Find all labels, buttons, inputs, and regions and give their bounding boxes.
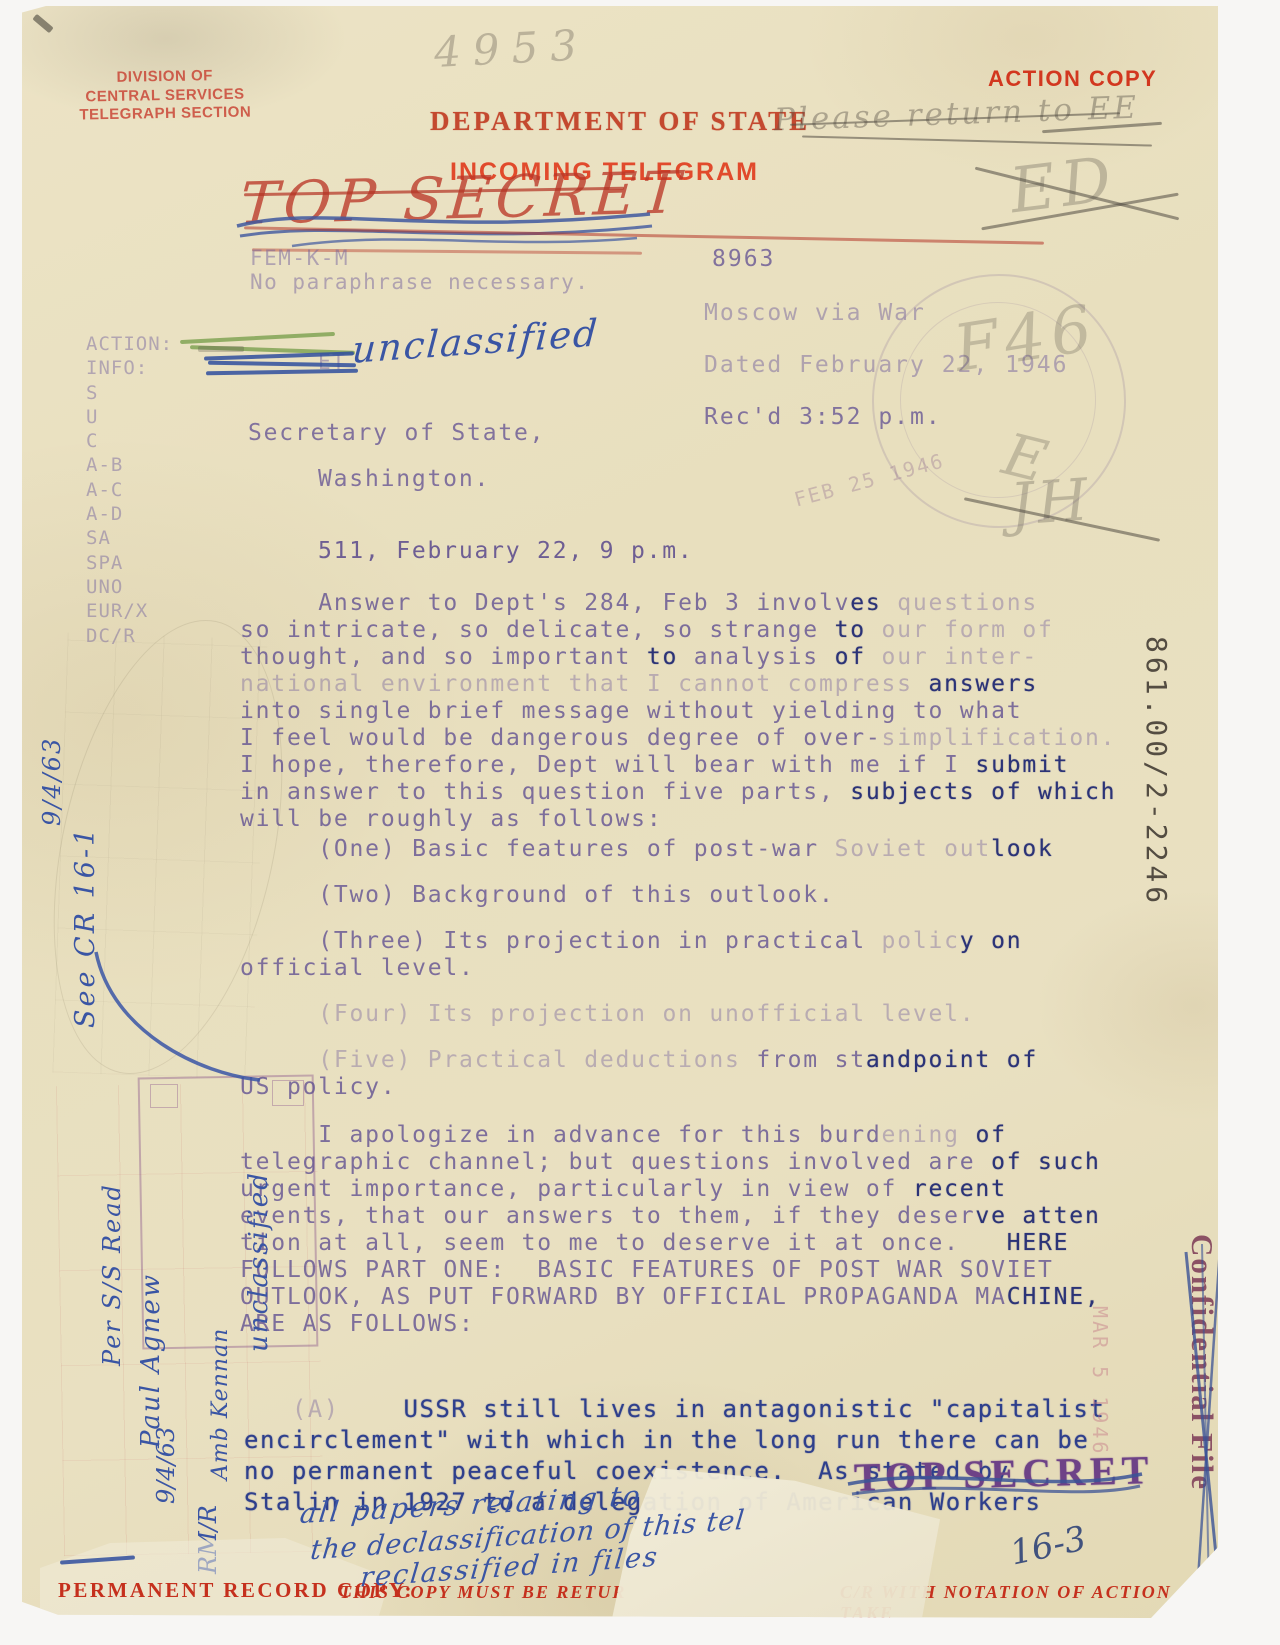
file-number: 861.00/2-2246 bbox=[1140, 636, 1173, 1026]
corner-smudge bbox=[32, 14, 53, 34]
typed-segment: y on bbox=[960, 928, 1023, 954]
typed-segment: (Five) Practical deductions bbox=[240, 1047, 756, 1073]
typed-segment: to bbox=[647, 644, 678, 670]
division-stamp-line: TELEGRAPH SECTION bbox=[60, 103, 270, 125]
green-scribble bbox=[180, 332, 335, 344]
date-note-b: 9/4/63 bbox=[152, 1384, 180, 1504]
typed-segment: of bbox=[835, 644, 866, 670]
typed-segment: urgent importance, particularly in view … bbox=[240, 1176, 913, 1202]
typed-line: (Two) Background of this outlook. bbox=[240, 882, 1054, 909]
line-gap bbox=[240, 909, 1054, 928]
action-copy-stamp: ACTION COPY bbox=[988, 66, 1157, 92]
typed-line: ARE AS FOLLOWS: bbox=[240, 1311, 1101, 1338]
routing-code: A-B bbox=[86, 453, 173, 477]
typed-segment: in answer to this question five parts, bbox=[240, 779, 850, 805]
typed-segment: questions bbox=[882, 590, 1038, 616]
typed-line: so intricate, so delicate, so strange to… bbox=[240, 617, 1116, 644]
typed-segment: encirclement" with which in the long run… bbox=[244, 1426, 1089, 1454]
message-number: 8963 bbox=[712, 246, 775, 272]
line-gap bbox=[240, 863, 1054, 882]
typed-segment: es bbox=[850, 590, 881, 616]
typed-segment: USSR still lives in antagonistic "capita… bbox=[340, 1395, 1106, 1423]
typed-segment: our inter- bbox=[866, 644, 1038, 670]
typed-segment: (Two) Background of this outlook. bbox=[240, 882, 835, 908]
typed-line: thought, and so important to analysis of… bbox=[240, 644, 1116, 671]
typed-line: telegraphic channel; but questions invol… bbox=[240, 1149, 1101, 1176]
typed-segment: will be roughly as follows: bbox=[240, 806, 662, 832]
per-ss-note: Per S/S Read bbox=[98, 1106, 126, 1366]
typed-segment: our form of bbox=[866, 617, 1054, 643]
typed-line: I feel would be dangerous degree of over… bbox=[240, 725, 1116, 752]
typed-segment bbox=[244, 1395, 292, 1423]
routing-code: S bbox=[86, 381, 173, 405]
telegram-ref-line: 511, February 22, 9 p.m. bbox=[318, 538, 694, 564]
typed-line: national environment that I cannot compr… bbox=[240, 671, 1116, 698]
pencil-scribble-jh: JH bbox=[1008, 465, 1094, 539]
typed-line: I apologize in advance for this burdenin… bbox=[240, 1122, 1101, 1149]
routing-code: SPA bbox=[86, 551, 173, 575]
typed-segment: I hope, therefore, Dept will bear with m… bbox=[240, 752, 975, 778]
typed-segment: OUTLOOK, AS PUT FORWARD BY OFFICIAL PROP… bbox=[240, 1284, 1007, 1310]
routing-code: A-D bbox=[86, 502, 173, 526]
body-paragraph-1: Answer to Dept's 284, Feb 3 involves que… bbox=[240, 590, 1116, 833]
routing-code: ACTION: bbox=[86, 332, 173, 356]
typed-segment: answers bbox=[928, 671, 1038, 697]
typed-segment: thought, and so important bbox=[240, 644, 647, 670]
routing-code: U bbox=[86, 405, 173, 429]
typed-line: events, that our answers to them, if the… bbox=[240, 1203, 1101, 1230]
unclassified-vertical: unclassified bbox=[244, 1092, 274, 1352]
typed-segment: simplification. bbox=[882, 725, 1117, 751]
typed-segment: of bbox=[975, 1122, 1006, 1148]
typed-line: will be roughly as follows: bbox=[240, 806, 1116, 833]
typed-segment: FOLLOWS PART ONE: BASIC FEATURES OF POST… bbox=[240, 1257, 1054, 1283]
typed-segment: submit bbox=[975, 752, 1069, 778]
routing-code: UNO bbox=[86, 575, 173, 599]
typed-segment: CHINE, bbox=[1007, 1284, 1101, 1310]
typed-line: FOLLOWS PART ONE: BASIC FEATURES OF POST… bbox=[240, 1257, 1101, 1284]
typed-segment: recent bbox=[913, 1176, 1007, 1202]
typed-segment: ve atten bbox=[975, 1203, 1100, 1229]
origin-line: Moscow via War bbox=[704, 300, 926, 326]
routing-code: INFO: bbox=[86, 356, 173, 380]
division-stamp: DIVISION OF CENTRAL SERVICES TELEGRAPH S… bbox=[60, 66, 271, 125]
typed-segment: events, that our answers to them, if the… bbox=[240, 1203, 975, 1229]
typed-segment: from st bbox=[756, 1047, 866, 1073]
typed-line: US policy. bbox=[240, 1074, 1054, 1101]
typed-segment: to bbox=[835, 617, 866, 643]
typed-line: (Four) Its projection on unofficial leve… bbox=[240, 1001, 1054, 1028]
typed-segment: subjects of which bbox=[850, 779, 1116, 805]
typed-segment: (One) Basic features of post-war bbox=[240, 836, 835, 862]
typed-segment: into single brief message without yieldi… bbox=[240, 698, 1022, 724]
routing-code: C bbox=[86, 429, 173, 453]
typed-line: (One) Basic features of post-war Soviet … bbox=[240, 836, 1054, 863]
typed-segment: tion at all, seem to me to deserve it at… bbox=[240, 1230, 1007, 1256]
routing-code: EUR/X bbox=[86, 599, 173, 623]
typed-line: into single brief message without yieldi… bbox=[240, 698, 1116, 725]
typed-line: official level. bbox=[240, 955, 1054, 982]
typed-line: (Three) Its projection in practical poli… bbox=[240, 928, 1054, 955]
line-gap bbox=[240, 1028, 1054, 1047]
address-city: Washington. bbox=[318, 466, 490, 492]
typed-segment: (Four) Its projection on unofficial leve… bbox=[240, 1001, 975, 1027]
typed-segment: Answer to Dept's 284, Feb 3 involv bbox=[240, 590, 850, 616]
routing-code: SA bbox=[86, 526, 173, 550]
typed-segment: HERE bbox=[1007, 1230, 1070, 1256]
routing-indicator: FEM-K-M bbox=[250, 246, 349, 270]
blue-strike-topsecret bbox=[842, 1454, 1152, 1509]
body-paragraph-2: I apologize in advance for this burdenin… bbox=[240, 1122, 1101, 1338]
unclassified-note: unclassified bbox=[351, 311, 601, 372]
date-note-a: 9/4/63 bbox=[38, 686, 66, 826]
typed-segment: national environment that I cannot compr… bbox=[240, 671, 928, 697]
typed-segment: polic bbox=[882, 928, 960, 954]
typed-segment: of such bbox=[991, 1149, 1101, 1175]
typed-segment: Soviet out bbox=[835, 836, 991, 862]
typed-segment: I apologize in advance for this burd bbox=[240, 1122, 882, 1148]
typed-segment: andpoint of bbox=[866, 1047, 1038, 1073]
dept-title: DEPARTMENT OF STATE bbox=[430, 106, 810, 137]
typed-line: I hope, therefore, Dept will bear with m… bbox=[240, 752, 1116, 779]
typed-segment: (Three) Its projection in practical bbox=[240, 928, 882, 954]
typed-segment: look bbox=[991, 836, 1054, 862]
typed-segment: ARE AS FOLLOWS: bbox=[240, 1311, 475, 1337]
typed-line: urgent importance, particularly in view … bbox=[240, 1176, 1101, 1203]
typed-segment: telegraphic channel; but questions invol… bbox=[240, 1149, 991, 1175]
typed-line: OUTLOOK, AS PUT FORWARD BY OFFICIAL PROP… bbox=[240, 1284, 1101, 1311]
addressee: Secretary of State, bbox=[248, 420, 545, 446]
document-page: 4953 DIVISION OF CENTRAL SERVICES TELEGR… bbox=[22, 6, 1218, 1618]
scanned-telegram-screenshot: { "header": { "division_stamp": ["DIVISI… bbox=[0, 0, 1280, 1645]
typed-segment: ening bbox=[882, 1122, 976, 1148]
paraphrase-note: No paraphrase necessary. bbox=[250, 270, 589, 294]
typed-line: in answer to this question five parts, s… bbox=[240, 779, 1116, 806]
body-numbered-items: (One) Basic features of post-war Soviet … bbox=[240, 836, 1054, 1101]
typed-line: Answer to Dept's 284, Feb 3 involves que… bbox=[240, 590, 1116, 617]
routing-code: A-C bbox=[86, 478, 173, 502]
pencil-number: 4953 bbox=[433, 20, 590, 77]
line-gap bbox=[240, 982, 1054, 1001]
typed-segment: (A) bbox=[292, 1395, 340, 1423]
typed-line: tion at all, seem to me to deserve it at… bbox=[240, 1230, 1101, 1257]
arrow-swoosh bbox=[84, 946, 284, 1096]
routing-codes: ACTION:INFO:SUCA-BA-CA-DSASPAUNOEUR/XDC/… bbox=[86, 332, 173, 648]
typed-segment: analysis bbox=[678, 644, 834, 670]
amb-kennan-note: Amb Kennan bbox=[208, 1290, 233, 1480]
declass-note-ref: 16-3 bbox=[1007, 1518, 1090, 1573]
typed-segment: so intricate, so delicate, so strange bbox=[240, 617, 835, 643]
typed-line: (A) USSR still lives in antagonistic "ca… bbox=[244, 1394, 1105, 1425]
typed-line: (Five) Practical deductions from standpo… bbox=[240, 1047, 1054, 1074]
pencil-smudge bbox=[198, 346, 244, 352]
typed-segment: I feel would be dangerous degree of over… bbox=[240, 725, 882, 751]
